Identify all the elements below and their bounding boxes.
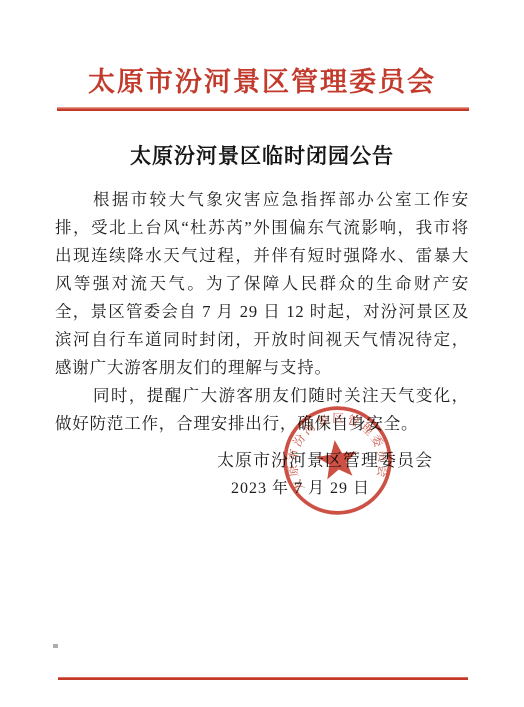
notice-paragraph-1: 根据市较大气象灾害应急指挥部办公室工作安排，受北上台风“杜苏芮”外围偏东气流影响… — [55, 186, 469, 382]
notice-paragraph-2: 同时，提醒广大游客朋友们随时关注天气变化，做好防范工作，合理安排出行，确保自身安… — [55, 382, 469, 438]
official-seal-stamp: 太原市汾河景区管理委员会 — [273, 396, 403, 526]
notice-title: 太原汾河景区临时闭园公告 — [0, 140, 524, 170]
scan-artifact-speck — [53, 644, 58, 648]
notice-body: 根据市较大气象灾害应急指挥部办公室工作安排，受北上台风“杜苏芮”外围偏东气流影响… — [55, 186, 469, 438]
letterhead-org-name: 太原市汾河景区管理委员会 — [0, 60, 524, 99]
star-icon — [315, 437, 361, 480]
official-notice-document: 太原市汾河景区管理委员会 太原汾河景区临时闭园公告 根据市较大气象灾害应急指挥部… — [0, 0, 524, 707]
letterhead-divider — [57, 107, 469, 111]
footer-divider — [58, 677, 468, 680]
